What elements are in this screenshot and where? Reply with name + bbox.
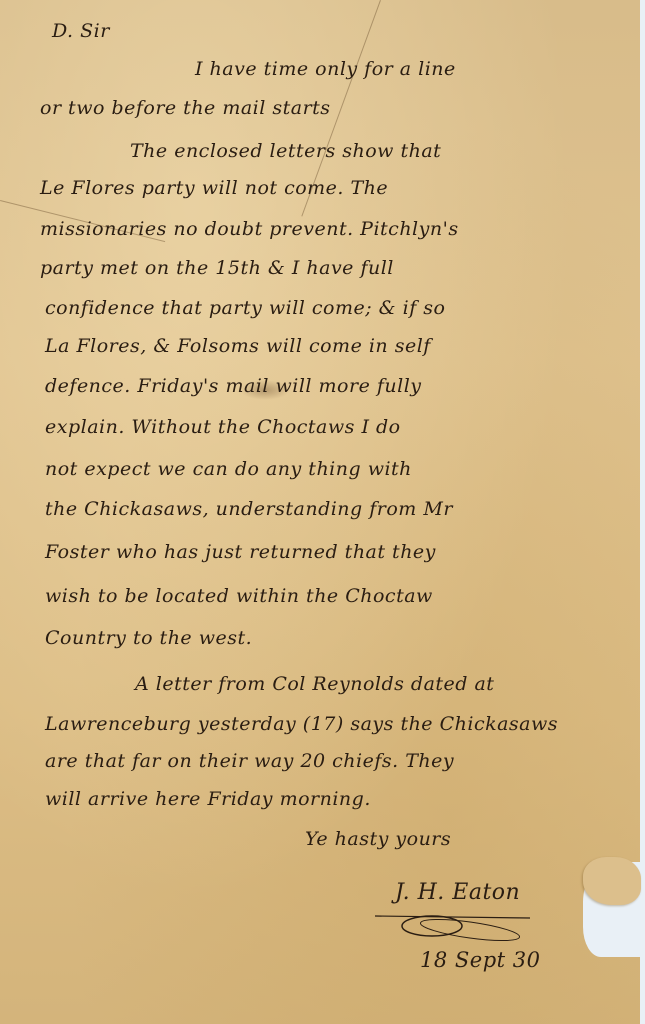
letter-line: Country to the west. <box>45 627 252 649</box>
letter-line: missionaries no doubt prevent. Pitchlyn'… <box>40 218 459 240</box>
letter-line: or two before the mail starts <box>40 97 331 119</box>
letter-line: Lawrenceburg yesterday (17) says the Chi… <box>45 713 558 735</box>
salutation: D. Sir <box>52 20 110 42</box>
letter-line: A letter from Col Reynolds dated at <box>135 673 494 695</box>
folded-corner <box>583 857 641 905</box>
signature-flourish-icon <box>370 908 540 948</box>
letter-line: confidence that party will come; & if so <box>45 297 445 319</box>
letter-line: I have time only for a line <box>195 58 456 80</box>
letter-line: explain. Without the Choctaws I do <box>45 416 401 438</box>
letter-line: not expect we can do any thing with <box>45 458 412 480</box>
closing: Ye hasty yours <box>305 828 451 850</box>
letter-line: are that far on their way 20 chiefs. The… <box>45 750 454 772</box>
letter-line: The enclosed letters show that <box>130 140 441 162</box>
letter-line: wish to be located within the Choctaw <box>45 585 433 607</box>
letter-line: the Chickasaws, understanding from Mr <box>45 498 453 520</box>
letter-line: La Flores, & Folsoms will come in self <box>45 335 431 357</box>
letter-line: Foster who has just returned that they <box>45 541 436 563</box>
letter-line: will arrive here Friday morning. <box>45 788 371 810</box>
letter-line: Le Flores party will not come. The <box>40 177 388 199</box>
date: 18 Sept 30 <box>420 948 541 972</box>
letter-line: party met on the 15th & I have full <box>40 257 394 279</box>
letter-line: defence. Friday's mail will more fully <box>45 375 422 397</box>
letter-page: D. Sir I have time only for a line or tw… <box>0 0 640 1024</box>
signature: J. H. Eaton <box>395 880 520 905</box>
